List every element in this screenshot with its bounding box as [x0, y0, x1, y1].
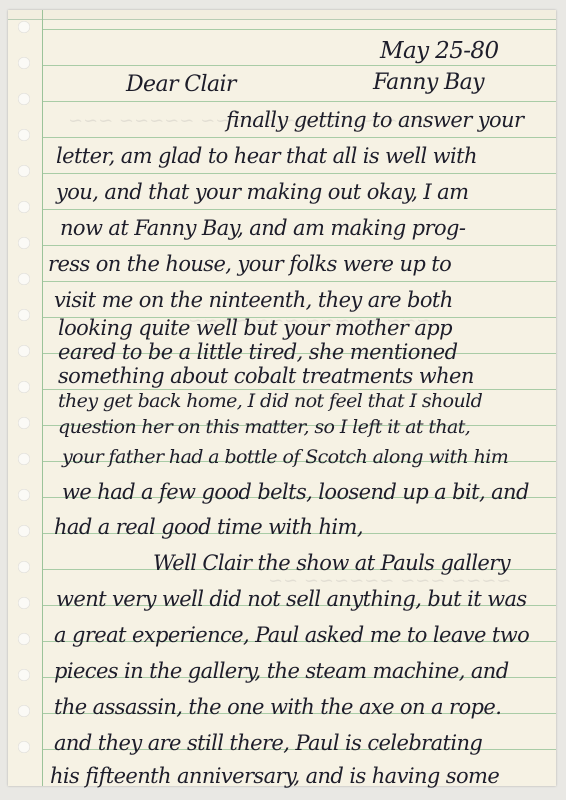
letter-line: his fifteenth anniversary, and is having… — [50, 764, 499, 788]
letter-line: your father had a bottle of Scotch along… — [62, 446, 508, 468]
binder-hole — [18, 453, 30, 465]
ruled-line — [43, 281, 556, 282]
binder-hole — [18, 345, 30, 357]
ruled-line — [43, 137, 556, 138]
letter-line: looking quite well but your mother app — [58, 316, 452, 340]
salutation: Dear Clair — [126, 72, 236, 97]
letter-line: went very well did not sell anything, bu… — [56, 587, 527, 611]
margin-line — [42, 10, 43, 786]
binder-hole — [18, 525, 30, 537]
binder-hole — [18, 237, 30, 249]
letter-line: finally getting to answer your — [226, 108, 523, 132]
binder-hole — [18, 561, 30, 573]
ruled-line — [43, 173, 556, 174]
letter-line: we had a few good belts, loosend up a bi… — [62, 480, 529, 504]
letter-place: Fanny Bay — [373, 70, 484, 95]
binder-hole — [18, 57, 30, 69]
paper-top-band — [8, 10, 556, 20]
binder-hole — [18, 381, 30, 393]
binder-hole — [18, 597, 30, 609]
letter-line: the assassin, the one with the axe on a … — [54, 695, 501, 719]
letter-line: visit me on the ninteenth, they are both — [54, 288, 453, 312]
binder-hole — [18, 489, 30, 501]
binder-hole — [18, 273, 30, 285]
ruled-line — [43, 101, 556, 102]
letter-line: they get back home, I did not feel that … — [58, 390, 482, 412]
letter-line: pieces in the gallery, the steam machine… — [54, 659, 509, 683]
letter-line: eared to be a little tired, she mentione… — [58, 340, 457, 364]
letter-line: Well Clair the show at Pauls gallery — [153, 551, 510, 575]
binder-hole — [18, 93, 30, 105]
ruled-line — [43, 209, 556, 210]
letter-line: letter, am glad to hear that all is well… — [56, 144, 477, 168]
letter-line: question her on this matter, so I left i… — [58, 416, 470, 438]
binder-hole — [18, 633, 30, 645]
binder-hole — [18, 309, 30, 321]
letter-line: something about cobalt treatments when — [58, 364, 474, 388]
binder-hole — [18, 21, 30, 33]
binder-hole — [18, 741, 30, 753]
ruled-line — [43, 245, 556, 246]
binder-hole — [18, 129, 30, 141]
binder-hole — [18, 165, 30, 177]
letter-line: ress on the house, your folks were up to — [48, 252, 451, 276]
binder-hole — [18, 201, 30, 213]
letter-page: ~~~ ~~ ~~~~ ~~~~~ ~~~~~ ~~~ ~~~ ~~~~~ ~~… — [8, 10, 556, 786]
ruled-line — [43, 65, 556, 66]
ruled-line — [43, 29, 556, 30]
letter-line: had a real good time with him, — [54, 515, 363, 539]
binder-hole — [18, 705, 30, 717]
letter-line: and they are still there, Paul is celebr… — [54, 731, 482, 755]
letter-line: you, and that your making out okay, I am — [56, 180, 468, 204]
letter-line: now at Fanny Bay, and am making prog- — [60, 216, 465, 240]
letter-line: a great experience, Paul asked me to lea… — [54, 623, 529, 647]
letter-date: May 25-80 — [380, 38, 498, 64]
binder-hole — [18, 669, 30, 681]
binder-hole — [18, 417, 30, 429]
